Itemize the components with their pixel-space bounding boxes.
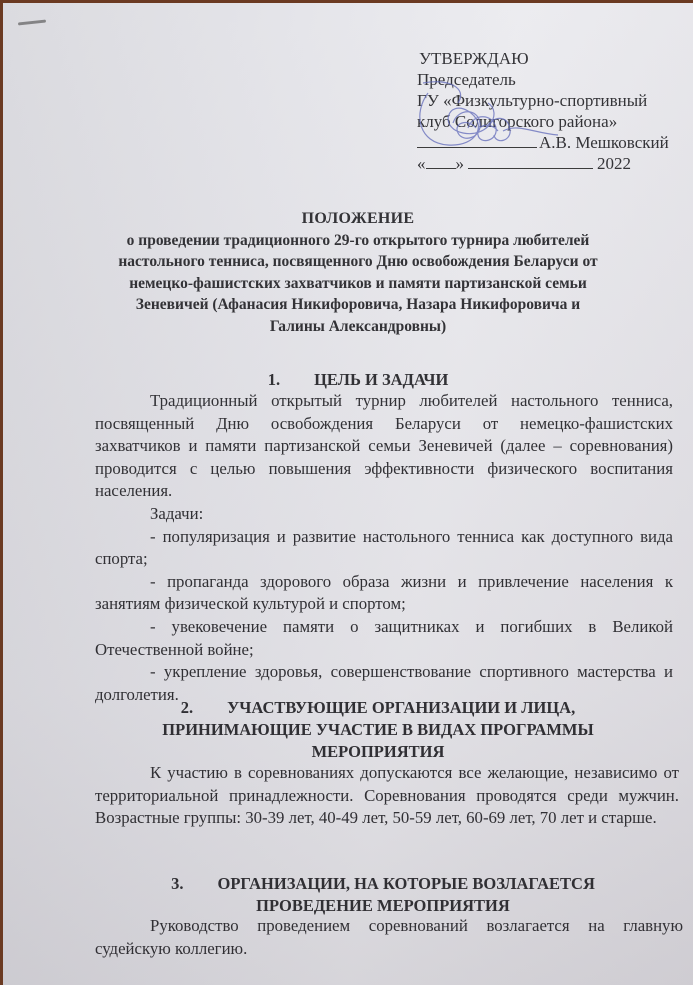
- section-heading-text: ПРИНИМАЮЩИЕ УЧАСТИЕ В ВИДАХ ПРОГРАММЫ: [98, 719, 658, 741]
- section-1-body: Традиционный открытый турнир любителей н…: [95, 390, 673, 706]
- section-3-text: Руководство проведением соревнований воз…: [95, 916, 683, 958]
- pen-mark: [18, 20, 46, 26]
- section-number: 2.: [181, 697, 193, 719]
- document-title: ПОЛОЖЕНИЕ: [98, 208, 618, 230]
- section-2-body: К участию в соревнованиях допускаются вс…: [95, 762, 679, 830]
- document-page: УТВЕРЖДАЮ Председатель ГУ «Физкультурно-…: [3, 3, 693, 985]
- section-1-intro: Традиционный открытый турнир любителей н…: [95, 391, 673, 500]
- section-2-text: К участию в соревнованиях допускаются вс…: [95, 763, 679, 827]
- section-number: 3.: [171, 873, 183, 895]
- section-heading-text: МЕРОПРИЯТИЯ: [98, 741, 658, 763]
- approval-heading: УТВЕРЖДАЮ: [419, 48, 687, 69]
- task-item: - пропаганда здорового образа жизни и пр…: [95, 572, 673, 614]
- tasks-label: Задачи:: [150, 504, 203, 523]
- section-heading-text: ЦЕЛЬ И ЗАДАЧИ: [314, 370, 448, 389]
- section-2-heading: 2.УЧАСТВУЮЩИЕ ОРГАНИЗАЦИИ И ЛИЦА, ПРИНИМ…: [98, 697, 658, 763]
- title-line: Зеневичей (Афанасия Никифоровича, Назара…: [98, 294, 618, 316]
- approval-year: 2022: [597, 154, 631, 173]
- document-title-block: ПОЛОЖЕНИЕ о проведении традиционного 29-…: [98, 208, 618, 337]
- title-line: Галины Александровны): [98, 316, 618, 338]
- section-heading-text: ОРГАНИЗАЦИИ, НА КОТОРЫЕ ВОЗЛАГАЕТСЯ: [218, 874, 595, 893]
- signature-icon: [408, 73, 578, 158]
- section-heading-text: ПРОВЕДЕНИЕ МЕРОПРИЯТИЯ: [103, 895, 663, 917]
- section-1-heading: 1.ЦЕЛЬ И ЗАДАЧИ: [98, 369, 618, 391]
- task-item: - популяризация и развитие настольного т…: [95, 527, 673, 569]
- section-number: 1.: [268, 369, 280, 391]
- title-line: настольного тенниса, посвященного Дню ос…: [98, 251, 618, 273]
- title-line: о проведении традиционного 29-го открыто…: [98, 230, 618, 252]
- section-heading-text: УЧАСТВУЮЩИЕ ОРГАНИЗАЦИИ И ЛИЦА,: [227, 698, 575, 717]
- section-3-body: Руководство проведением соревнований воз…: [95, 915, 683, 960]
- section-3-heading: 3.ОРГАНИЗАЦИИ, НА КОТОРЫЕ ВОЗЛАГАЕТСЯ ПР…: [103, 873, 663, 917]
- title-line: немецко-фашистских захватчиков и памяти …: [98, 273, 618, 295]
- task-item: - увековечение памяти о защитниках и пог…: [95, 617, 673, 659]
